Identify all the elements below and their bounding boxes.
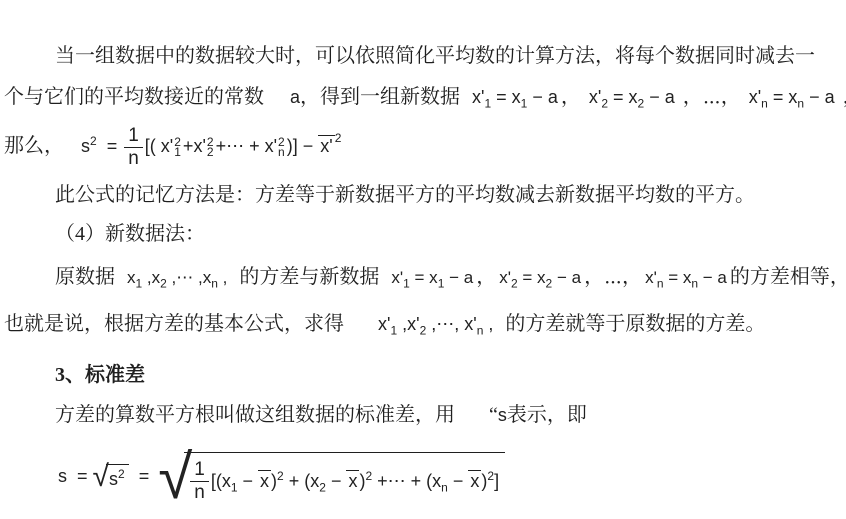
paragraph-new-data-line1: 原数据x1 ,x2 ,⋯ ,xn ,的方差与新数据x'1 = x1 − a，x'…	[55, 265, 846, 290]
open-bracket-paren: [(	[145, 136, 156, 156]
script-stack: 22	[207, 137, 214, 157]
equation-x1: x'1 = x1 − a	[472, 87, 558, 107]
var-s: s	[109, 469, 118, 489]
deviation-term-n: (xn − x)2	[426, 471, 494, 491]
equals-sign: =	[139, 466, 150, 486]
text-run: 那么，	[4, 135, 64, 157]
open-paren-x: (x	[304, 471, 319, 491]
subscript: 2	[207, 147, 214, 157]
sqrt-variance-expression: √1n[(x1 − x)2 + (x2 − x)2 +⋯ + (xn − x)2…	[158, 452, 505, 503]
fraction-1-over-n: 1n	[190, 460, 209, 503]
equation-xn: x'n = xn − a	[749, 87, 835, 107]
sqrt-s-squared: √s2	[93, 464, 129, 491]
close-bracket: ]	[494, 471, 499, 491]
open-quote: “	[489, 404, 498, 426]
plus-ellipsis: +⋯ +	[372, 471, 426, 491]
paragraph-memory-method: 此公式的记忆方法是：方差等于新数据平方的平均数减去新数据平均数的平方。	[55, 183, 755, 207]
minus-sign: −	[238, 471, 259, 491]
subscript-2: 2	[319, 481, 326, 495]
text-run: 此公式的记忆方法是：方差等于新数据平方的平均数减去新数据平均数的平方。	[55, 184, 755, 206]
text-run: 个与它们的平均数接近的常数	[4, 86, 264, 108]
subscript-1: 1	[231, 481, 238, 495]
plus-sign: +	[183, 136, 194, 156]
x-prime-2-squared: x'22	[193, 136, 215, 156]
x-prime-n-squared: x'2n	[265, 136, 287, 156]
subscript: n	[278, 147, 285, 157]
s-squared: s2	[81, 136, 97, 156]
open-paren-x: (x	[426, 471, 441, 491]
comma-ellipsis: ，⋯，	[584, 266, 642, 288]
superscript-2: 2	[118, 467, 125, 481]
text-run: ，得到一组新数据	[300, 86, 460, 108]
radical-sign: √	[93, 465, 109, 488]
text-run: 当一组数据中的数据较大时，可以依照简化平均数的计算方法，将每个数据同时减去一	[55, 45, 815, 67]
script-stack: 21	[174, 137, 181, 157]
mean-x-prime-overbar: x'	[318, 135, 334, 156]
deviation-term-1: (x1 − x)2	[216, 471, 284, 491]
equals-sign: =	[107, 136, 118, 156]
mean-x-overbar: x	[346, 470, 359, 491]
fraction-denominator: n	[128, 148, 139, 169]
open-paren-x: (x	[216, 471, 231, 491]
radicand: s2	[106, 464, 129, 491]
deviation-term-2: (x2 − x)2	[304, 471, 372, 491]
superscript-2: 2	[90, 134, 97, 148]
equation-x1: x'1 = x1 − a	[391, 268, 473, 287]
text-run: 方差的算数平方根叫做这组数据的标准差，用	[55, 404, 455, 426]
text-run: （4）新数据法：	[55, 223, 205, 245]
var-base: x'	[265, 136, 277, 156]
comma: ，	[476, 266, 496, 288]
heading-text: 3、标准差	[55, 364, 145, 386]
close-paren-bracket: )]	[287, 136, 298, 156]
comma: ，	[843, 86, 846, 108]
radical-sign: √	[158, 455, 192, 501]
mean-x-overbar: x	[258, 470, 271, 491]
script-stack: 2n	[278, 137, 285, 157]
text-run: 表示，即	[507, 404, 587, 426]
comma-ellipsis: ，⋯，	[683, 86, 741, 108]
var-base: x'	[193, 136, 205, 156]
comma: ，	[561, 86, 581, 108]
var-base: x'	[161, 136, 173, 156]
paragraph-simplified-mean-line1: 当一组数据中的数据较大时，可以依照简化平均数的计算方法，将每个数据同时减去一	[55, 44, 815, 68]
constant-a: a	[290, 87, 300, 107]
data-list: x1 ,x2 ,⋯ ,xn ,	[127, 268, 227, 287]
paragraph-standard-deviation-def: 方差的算数平方根叫做这组数据的标准差，用“s表示，即	[55, 403, 587, 427]
var-s: s	[81, 136, 90, 156]
text-run: 也就是说，根据方差的基本公式，求得	[4, 313, 344, 335]
formula-standard-deviation: s =√s2 =√1n[(x1 − x)2 + (x2 − x)2 +⋯ + (…	[58, 452, 505, 503]
bracketed-sum: [( x'21+x'22+⋯ + x'2n)] − x'2	[145, 136, 342, 156]
minus-sign: −	[326, 471, 347, 491]
equation-x2: x'2 = x2 − a	[589, 87, 675, 107]
fraction-numerator: 1	[124, 126, 143, 148]
x-prime-1-squared: x'21	[161, 136, 183, 156]
radicand: 1n[(x1 − x)2 + (x2 − x)2 +⋯ + (xn − x)2]	[184, 452, 505, 503]
plus-sign: +	[284, 471, 305, 491]
equation-xn: x'n = xn − a	[645, 268, 727, 287]
document-page: 当一组数据中的数据较大时，可以依照简化平均数的计算方法，将每个数据同时减去一 个…	[0, 0, 846, 519]
var-s: s	[498, 405, 507, 425]
fraction-numerator: 1	[190, 460, 209, 482]
minus-sign: −	[448, 471, 469, 491]
equation-x2: x'2 = x2 − a	[499, 268, 581, 287]
formula-variance-simplified: 那么， s2 =1n[( x'21+x'22+⋯ + x'2n)] − x'2	[4, 126, 341, 169]
data-prime-list: x'1 ,x'2 ,⋯, x'n ,	[378, 314, 493, 334]
minus-sign: −	[303, 136, 314, 156]
fraction-denominator: n	[194, 482, 205, 503]
heading-standard-deviation: 3、标准差	[55, 363, 145, 387]
text-run: 的方差就等于原数据的方差。	[505, 313, 765, 335]
subscript-n: n	[441, 481, 448, 495]
heading-new-data-method: （4）新数据法：	[55, 222, 205, 246]
text-run: 原数据	[55, 266, 115, 288]
superscript-2: 2	[335, 131, 342, 145]
mean-x-overbar: x	[468, 470, 481, 491]
paragraph-new-data-line2: 也就是说，根据方差的基本公式，求得x'1 ,x'2 ,⋯, x'n ,的方差就等…	[4, 312, 765, 336]
subscript: 1	[174, 147, 181, 157]
text-run: 的方差相等，	[730, 266, 846, 288]
equals-sign: =	[77, 466, 88, 486]
paragraph-simplified-mean-line2: 个与它们的平均数接近的常数a，得到一组新数据x'1 = x1 − a，x'2 =…	[4, 85, 846, 109]
fraction-1-over-n: 1n	[124, 126, 143, 169]
plus-ellipsis: +⋯ +	[216, 136, 260, 156]
superscript-2: 2	[277, 469, 284, 483]
var-s: s	[58, 466, 67, 486]
sum-of-squared-deviations: [(x1 − x)2 + (x2 − x)2 +⋯ + (xn − x)2]	[211, 469, 499, 493]
text-run: 的方差与新数据	[239, 266, 379, 288]
